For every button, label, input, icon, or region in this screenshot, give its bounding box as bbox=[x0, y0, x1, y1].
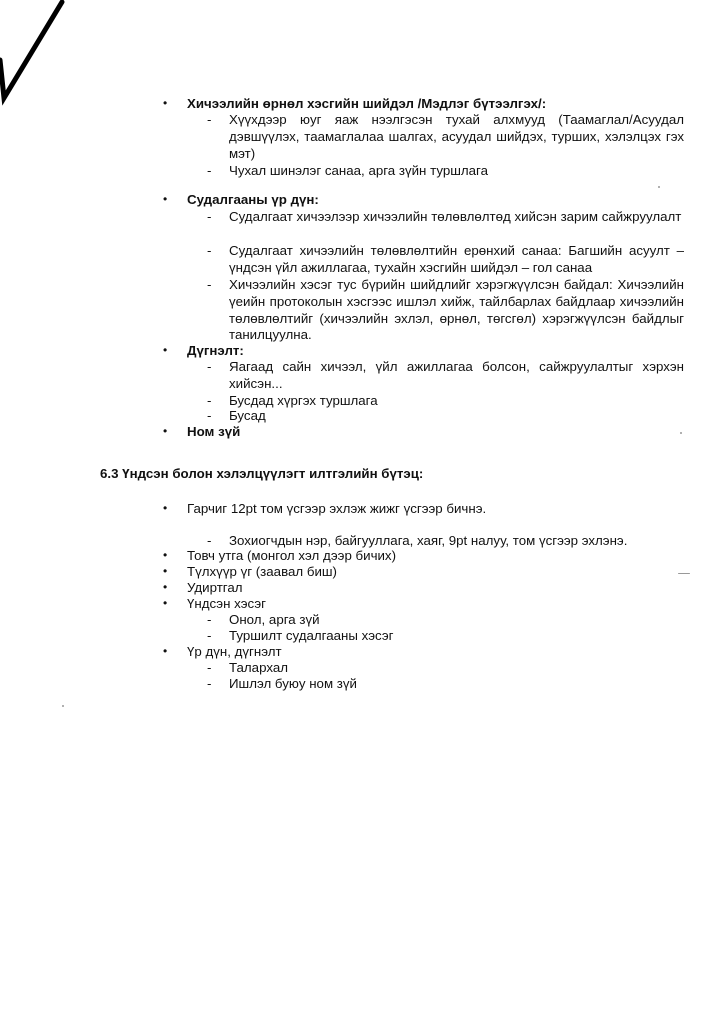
bullet: • bbox=[163, 644, 167, 658]
sub-item: Туршилт судалгааны хэсэг bbox=[229, 628, 393, 643]
list-item: Түлхүүр үг (заавал биш) bbox=[187, 564, 337, 579]
section-heading: Дүгнэлт: bbox=[187, 343, 244, 358]
bullet: • bbox=[163, 580, 167, 594]
section-heading: Судалгааны үр дүн: bbox=[187, 192, 319, 207]
bullet: • bbox=[163, 596, 167, 610]
list-item: Товч утга (монгол хэл дээр бичих) bbox=[187, 548, 396, 563]
dash: - bbox=[207, 628, 211, 643]
list-item: Чухал шинэлэг санаа, арга зүйн туршлага bbox=[229, 163, 684, 180]
scan-speck bbox=[680, 432, 682, 434]
list-item: Удиртгал bbox=[187, 580, 243, 595]
dash: - bbox=[207, 163, 211, 178]
sub-item: Онол, арга зүй bbox=[229, 612, 320, 627]
bullet: • bbox=[163, 501, 167, 515]
scan-speck bbox=[658, 186, 660, 188]
list-item: Үндсэн хэсэг bbox=[187, 596, 266, 611]
list-item: Яагаад сайн хичээл, үйл ажиллагаа болсон… bbox=[229, 359, 684, 393]
list-item: Гарчиг 12pt том үсгээр эхлэж жижг үсгээр… bbox=[187, 501, 486, 516]
list-item: Судалгаат хичээлийн төлөвлөлтийн ерөнхий… bbox=[229, 243, 684, 277]
list-item: Бусад bbox=[229, 408, 684, 425]
section-title: 6.3 Үндсэн болон хэлэлцүүлэгт илтгэлийн … bbox=[100, 466, 423, 481]
dash: - bbox=[207, 660, 211, 675]
list-item: Хичээлийн хэсэг тус бүрийн шийдлийг хэрэ… bbox=[229, 277, 684, 344]
list-item: Судалгаат хичээлээр хичээлийн төлөвлөлтө… bbox=[229, 209, 684, 226]
dash: - bbox=[207, 393, 211, 408]
dash: - bbox=[207, 612, 211, 627]
checkmark-icon bbox=[0, 0, 70, 110]
dash: - bbox=[207, 243, 211, 258]
dash: - bbox=[207, 112, 211, 127]
sub-item: Талархал bbox=[229, 660, 288, 675]
bullet: • bbox=[163, 424, 167, 438]
bullet: • bbox=[163, 96, 167, 110]
list-item: Хүүхдээр юуг яаж нээлгэсэн тухай алхмууд… bbox=[229, 112, 684, 162]
scan-speck bbox=[678, 573, 690, 574]
section-heading: Хичээлийн өрнөл хэсгийн шийдэл /Мэдлэг б… bbox=[187, 96, 546, 111]
scan-speck bbox=[62, 705, 64, 707]
dash: - bbox=[207, 408, 211, 423]
list-item: Үр дүн, дүгнэлт bbox=[187, 644, 282, 659]
dash: - bbox=[207, 533, 211, 548]
dash: - bbox=[207, 359, 211, 374]
bullet: • bbox=[163, 548, 167, 562]
bullet: • bbox=[163, 564, 167, 578]
bullet: • bbox=[163, 343, 167, 357]
section-heading: Ном зүй bbox=[187, 424, 240, 439]
dash: - bbox=[207, 209, 211, 224]
dash: - bbox=[207, 277, 211, 292]
sub-item: Ишлэл буюу ном зүй bbox=[229, 676, 357, 691]
list-item: Зохиогчдын нэр, байгууллага, хаяг, 9pt н… bbox=[229, 533, 627, 548]
bullet: • bbox=[163, 192, 167, 206]
dash: - bbox=[207, 676, 211, 691]
